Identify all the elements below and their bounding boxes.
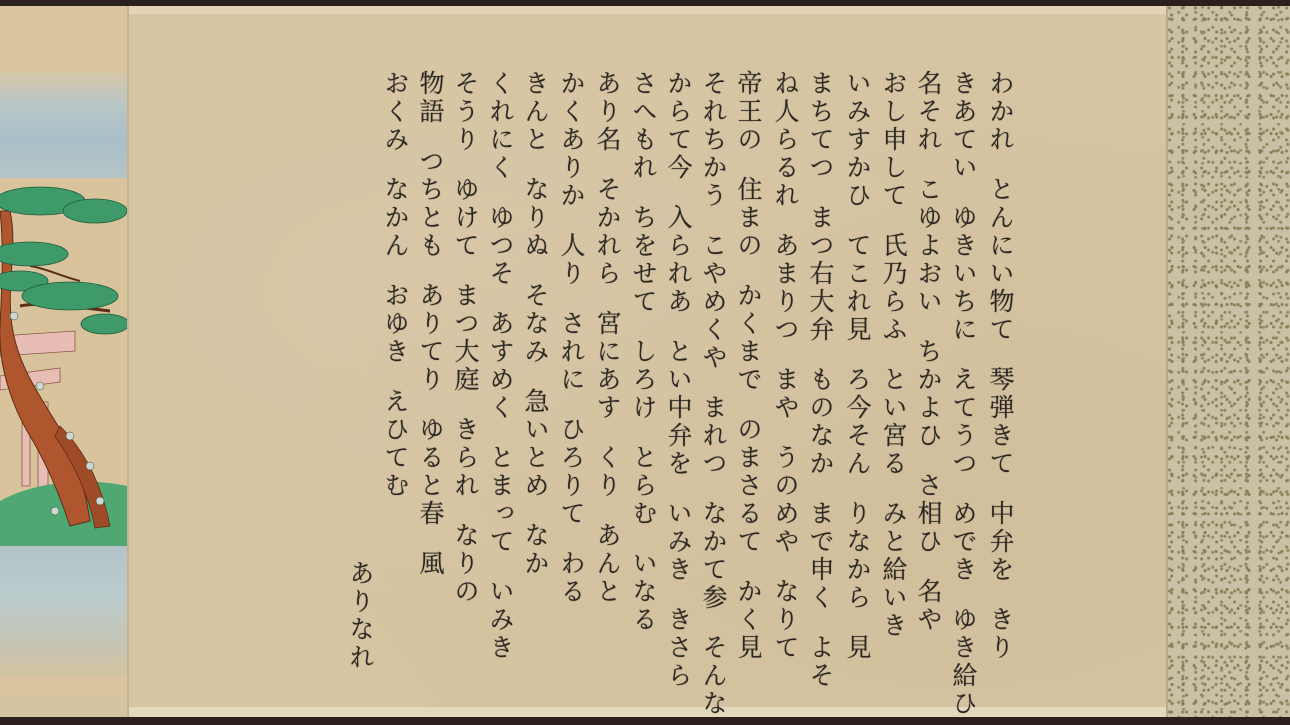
calligraphy-segment: しろけ (631, 338, 656, 422)
calligraphy-segment: さ相ひ (916, 472, 941, 556)
calligraphy-segment: おし申して (881, 70, 906, 210)
calligraphy-segment: まや (773, 366, 798, 422)
bottom-border (0, 717, 1290, 725)
calligraphy-segment: とい中弁を (666, 338, 691, 478)
calligraphy-segment: かくありか (559, 70, 584, 210)
calligraphy-segment: そうり (453, 70, 478, 154)
calligraphy-segment: それちかう (701, 70, 726, 210)
calligraphy-column: 物語つちともありてりゆると春風 (418, 70, 443, 578)
calligraphy-segment: てこれ見 (845, 232, 870, 344)
calligraphy-segment: まつ右大弁 (808, 204, 833, 344)
calligraphy-segment: 入られあ (666, 204, 691, 316)
calligraphy-segment: くれにく (488, 70, 513, 182)
calligraphy-segment: きさら (666, 606, 691, 690)
handscroll-image: わかれとんにい物て琴弾きて中弁をきりきあていゆきいちにえてうつめできゆき給ひ名そ… (0, 0, 1290, 725)
calligraphy-segment: いみき (666, 500, 691, 584)
calligraphy-segment: まつ大庭 (453, 282, 478, 394)
calligraphy-segment: されに (559, 310, 584, 394)
calligraphy-column: ありなれ (348, 560, 373, 672)
calligraphy-segment: なりて (773, 578, 798, 662)
calligraphy-segment: ひろりて (559, 416, 584, 528)
text-bottom-margin (129, 707, 1168, 717)
calligraphy-segment: いみすかひ (845, 70, 870, 210)
calligraphy-column: さへもれちをせてしろけとらむいなる (631, 70, 656, 634)
calligraphy-segment: 氏乃らふ (881, 232, 906, 344)
calligraphy-column: わかれとんにい物て琴弾きて中弁をきり (988, 70, 1013, 662)
calligraphy-segment: 名それ (916, 70, 941, 154)
calligraphy-column: 帝王の住まのかくまでのまさるてかく見 (736, 70, 761, 662)
calligraphy-segment: くり (595, 444, 620, 500)
calligraphy-segment: いみき (488, 578, 513, 662)
calligraphy-segment: 宮にあす (595, 310, 620, 422)
calligraphy-segment: あすめく (488, 310, 513, 422)
calligraphy-column: ね人らるれあまりつまやうのめやなりて (773, 70, 798, 662)
calligraphy-segment: よそ (808, 634, 833, 690)
calligraphy-column: くれにくゆつそあすめくとまっていみき (488, 70, 513, 662)
calligraphy-segment: きんと (523, 70, 548, 154)
calligraphy-segment: そかれら (595, 176, 620, 288)
calligraphy-segment: ありてり (418, 282, 443, 394)
calligraphy-segment: 琴弾きて (988, 366, 1013, 478)
calligraphy-segment: ろ今そん (845, 366, 870, 478)
calligraphy-segment: なかて参 (701, 500, 726, 612)
calligraphy-segment: とい宮る (881, 366, 906, 478)
calligraphy-column: そうりゆけてまつ大庭きられなりの (453, 70, 478, 606)
calligraphy-segment: りなから (845, 500, 870, 612)
calligraphy-segment: ゆき給ひ (951, 606, 976, 718)
calligraphy-segment: 名や (916, 578, 941, 634)
calligraphy-segment: めでき (951, 500, 976, 584)
calligraphy-segment: えてうつ (951, 366, 976, 478)
calligraphy-segment: ちをせて (631, 204, 656, 316)
calligraphy-segment: さへもれ (631, 70, 656, 182)
calligraphy-segment: こゆよおい (916, 176, 941, 316)
calligraphy-segment: とまって (488, 444, 513, 556)
calligraphy-segment: きあてい (951, 70, 976, 182)
calligraphy-segment: きり (988, 606, 1013, 662)
calligraphy-segment: とらむ (631, 444, 656, 528)
calligraphy-segment: なかん (383, 176, 408, 260)
calligraphy-column: いみすかひてこれ見ろ今そんりなから見 (845, 70, 870, 662)
calligraphy-column: きあていゆきいちにえてうつめできゆき給ひ (951, 70, 976, 718)
calligraphy-segment: きられ (453, 416, 478, 500)
painting-panel (0, 6, 127, 717)
calligraphy-segment: みと給いき (881, 500, 906, 640)
calligraphy-segment: こやめくや (701, 232, 726, 372)
calligraphy-column: おくみなかんおゆきえひてむ (383, 70, 408, 500)
calligraphy-segment: かく見 (736, 578, 761, 662)
calligraphy-segment: 中弁を (988, 500, 1013, 584)
calligraphy-column: かくありか人りされにひろりてわる (559, 70, 584, 606)
calligraphy-segment: のまさるて (736, 416, 761, 556)
calligraphy-column: おし申して氏乃らふとい宮るみと給いき (881, 70, 906, 640)
calligraphy-column: まちてつまつ右大弁ものなかまで申くよそ (808, 70, 833, 690)
gold-fleck-mounting-paper (1168, 6, 1290, 717)
calligraphy-segment: うのめや (773, 444, 798, 556)
calligraphy-segment: 見 (845, 634, 870, 662)
calligraphy-column: きんとなりぬそなみ急いとめなか (523, 70, 548, 578)
calligraphy-segment: ものなか (808, 366, 833, 478)
calligraphy-segment: 人り (559, 232, 584, 288)
calligraphy-segment: なりぬ (523, 176, 548, 260)
pine-tree-illustration (0, 6, 127, 717)
calligraphy-segment: わる (559, 550, 584, 606)
calligraphy-segment: あり名 (595, 70, 620, 154)
calligraphy-segment: えひてむ (383, 388, 408, 500)
calligraphy-segment: つちとも (418, 148, 443, 260)
calligraphy-segment: とんにい物て (988, 176, 1013, 344)
calligraphy-segment: あんと (595, 522, 620, 606)
calligraphy-segment: 物語 (418, 70, 443, 126)
calligraphy-segment: そなみ (523, 282, 548, 366)
calligraphy-segment: あまりつ (773, 232, 798, 344)
calligraphy-column: 名それこゆよおいちかよひさ相ひ名や (916, 70, 941, 634)
calligraphy-segment: なりの (453, 522, 478, 606)
calligraphy-panel: わかれとんにい物て琴弾きて中弁をきりきあていゆきいちにえてうつめできゆき給ひ名そ… (129, 6, 1168, 717)
calligraphy-segment: ゆつそ (488, 204, 513, 288)
calligraphy-segment: ね人らるれ (773, 70, 798, 210)
calligraphy-segment: おくみ (383, 70, 408, 154)
calligraphy-column: からて今入られあとい中弁をいみききさら (666, 70, 691, 690)
calligraphy-segment: 帝王の (736, 70, 761, 154)
calligraphy-segment: 風 (418, 550, 443, 578)
calligraphy-segment: わかれ (988, 70, 1013, 154)
calligraphy-segment: なか (523, 522, 548, 578)
calligraphy-segment: まれつ (701, 394, 726, 478)
calligraphy-segment: ありなれ (348, 560, 373, 672)
calligraphy-segment: 急いとめ (523, 388, 548, 500)
calligraphy-segment: まちてつ (808, 70, 833, 182)
text-top-margin (129, 6, 1168, 14)
calligraphy-segment: ゆきいちに (951, 204, 976, 344)
calligraphy-segment: いなる (631, 550, 656, 634)
calligraphy-segment: かくまで (736, 282, 761, 394)
calligraphy-segment: からて今 (666, 70, 691, 182)
calligraphy-segment: 住まの (736, 176, 761, 260)
calligraphy-column: あり名そかれら宮にあすくりあんと (595, 70, 620, 606)
calligraphy-segment: まで申く (808, 500, 833, 612)
calligraphy-segment: ちかよひ (916, 338, 941, 450)
calligraphy-column: それちかうこやめくやまれつなかて参そんな (701, 70, 726, 718)
calligraphy-segment: ゆると春 (418, 416, 443, 528)
calligraphy-segment: そんな (701, 634, 726, 718)
calligraphy-segment: おゆき (383, 282, 408, 366)
calligraphy-segment: ゆけて (453, 176, 478, 260)
